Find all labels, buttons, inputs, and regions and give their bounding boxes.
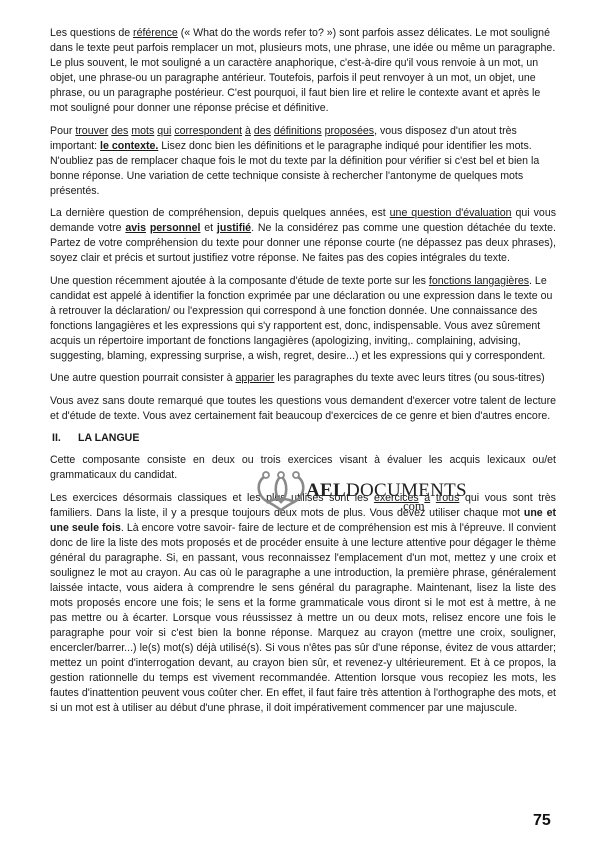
text: Vous avez sans doute remarqué que toutes…: [50, 395, 556, 422]
text: Pour: [50, 125, 75, 137]
watermark-text: AELDOCUMENTS: [306, 480, 467, 502]
text: (« What do the words refer to? ») sont p…: [50, 27, 555, 114]
paragraph-evaluation-question: La dernière question de compréhension, d…: [50, 206, 556, 266]
text: La dernière question de compréhension, d…: [50, 207, 390, 219]
document-page: Les questions de référence (« What do th…: [0, 0, 600, 850]
text: Les questions de: [50, 27, 133, 39]
underlined-term: correspondent: [174, 125, 242, 137]
paragraph-gap-exercises: Les exercices désormais classiques et le…: [50, 491, 556, 716]
underlined-term: une question d'évaluation: [390, 207, 512, 219]
watermark-logo: AELDOCUMENTS .com: [254, 470, 464, 512]
text: et: [200, 222, 216, 234]
bold-underlined-term: personnel: [150, 222, 201, 234]
text: les paragraphes du texte avec leurs titr…: [274, 372, 544, 384]
bold-underlined-term: justifié: [217, 222, 251, 234]
underlined-term: qui: [157, 125, 171, 137]
underlined-term: proposées: [325, 125, 374, 137]
text: . Le candidat est appelé à identifier la…: [50, 275, 552, 362]
text: . Là encore votre savoir- faire de lectu…: [50, 522, 556, 714]
watermark-bold: AEL: [306, 480, 346, 501]
section-number: II.: [50, 431, 78, 446]
text: Une question récemment ajoutée à la comp…: [50, 275, 429, 287]
underlined-term: à: [245, 125, 251, 137]
underlined-term: des: [111, 125, 128, 137]
stethoscope-logo-icon: [254, 470, 308, 512]
paragraph-language-functions: Une question récemment ajoutée à la comp…: [50, 274, 556, 364]
watermark-suffix: .com: [400, 499, 425, 514]
section-title: LA LANGUE: [78, 432, 139, 444]
paragraph-definitions: Pour trouver des mots qui correspondent …: [50, 124, 556, 199]
paragraph-matching: Une autre question pourrait consister à …: [50, 371, 556, 386]
bold-underlined-term: le contexte.: [100, 140, 158, 152]
section-heading: II.LA LANGUE: [50, 431, 556, 447]
bold-underlined-term: avis: [125, 222, 146, 234]
underlined-term: définitions: [274, 125, 322, 137]
underlined-term: trouver: [75, 125, 108, 137]
page-content: Les questions de référence (« What do th…: [50, 26, 556, 723]
page-number: 75: [533, 812, 551, 830]
paragraph-reading-talent: Vous avez sans doute remarqué que toutes…: [50, 394, 556, 424]
text: Une autre question pourrait consister à: [50, 372, 236, 384]
underlined-term: fonctions langagières: [429, 275, 529, 287]
underlined-term: mots: [131, 125, 154, 137]
watermark-rest: DOCUMENTS: [346, 480, 467, 501]
paragraph-reference-questions: Les questions de référence (« What do th…: [50, 26, 556, 116]
underlined-term: des: [254, 125, 271, 137]
underlined-term: apparier: [236, 372, 275, 384]
underlined-term: référence: [133, 27, 178, 39]
